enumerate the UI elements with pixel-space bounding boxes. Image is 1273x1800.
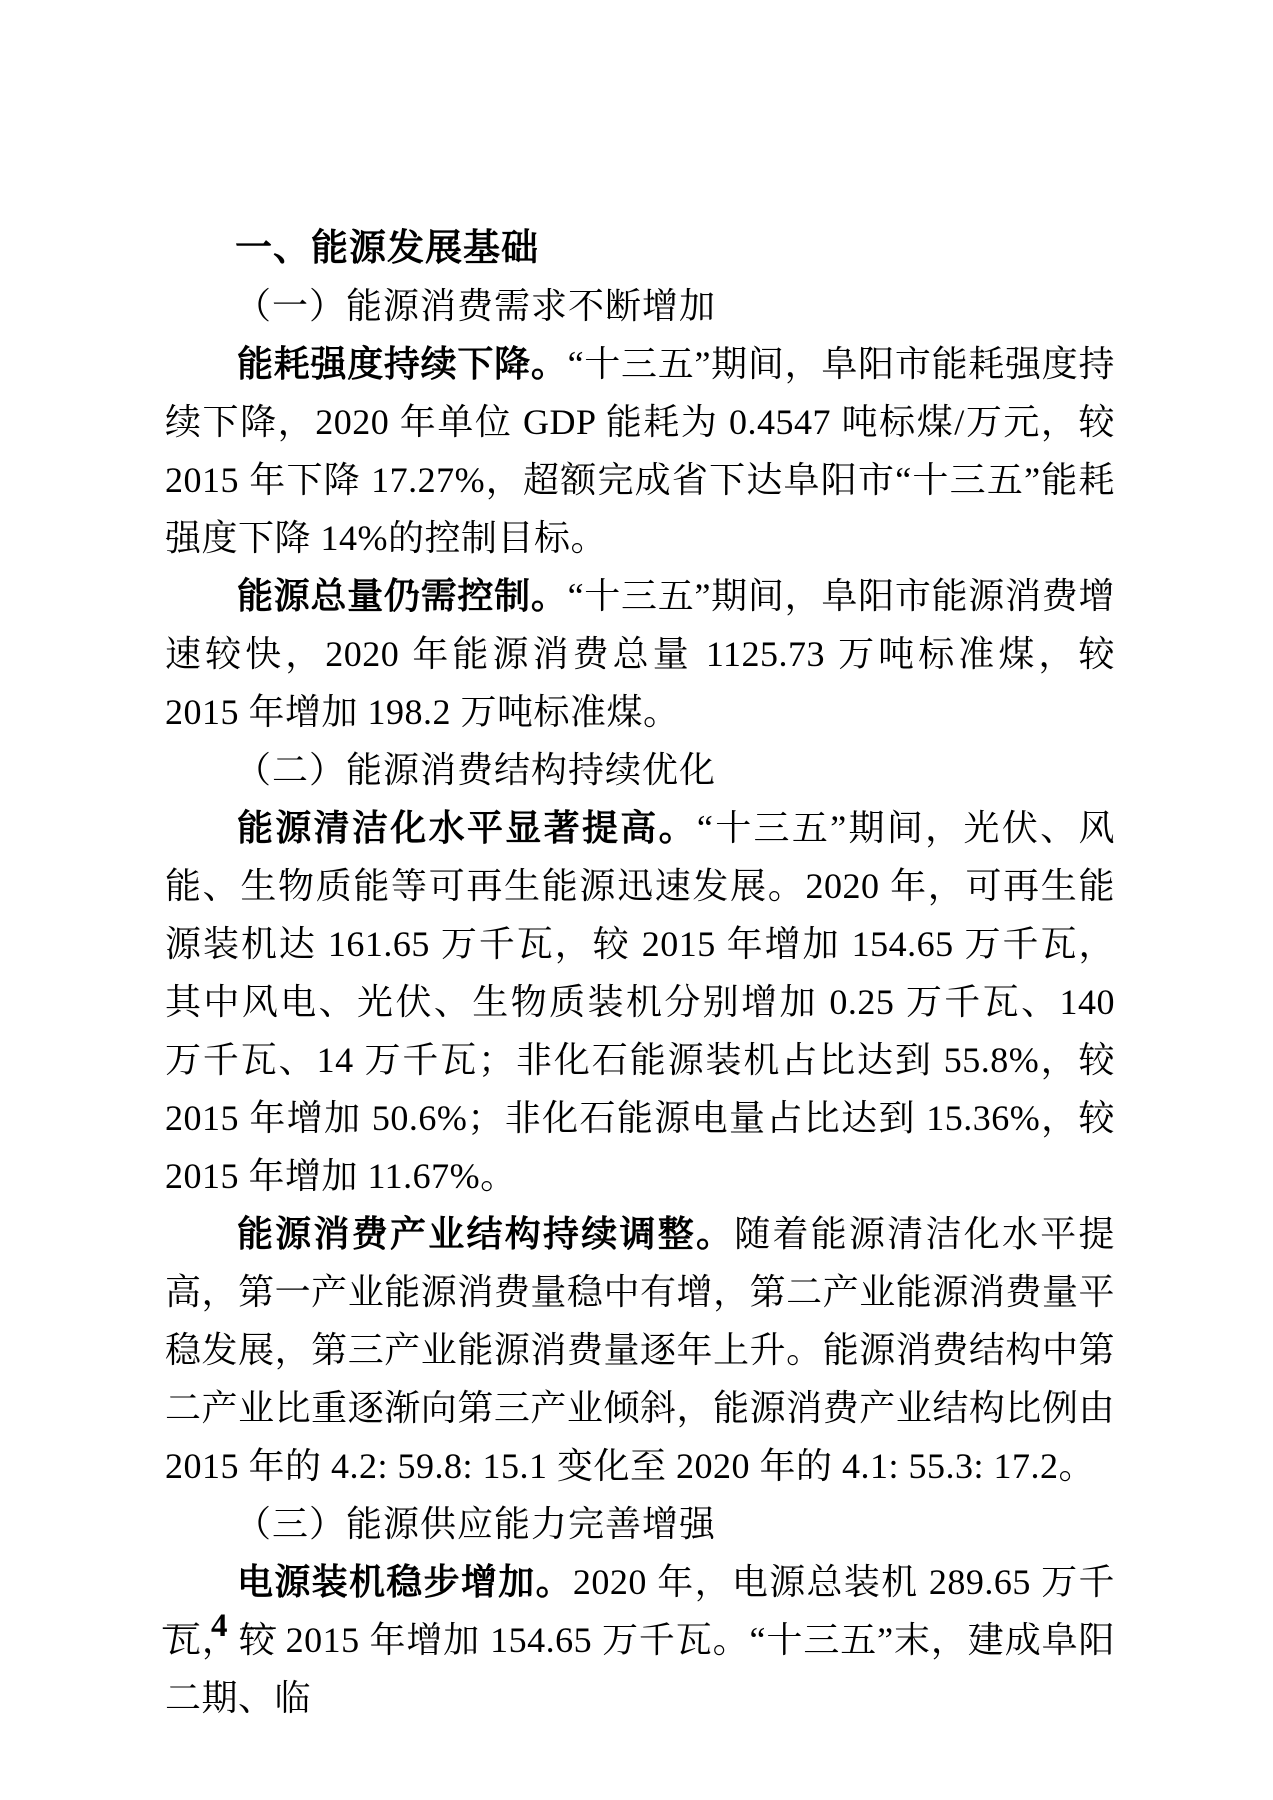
paragraph-total-energy-control: 能源总量仍需控制。“十三五”期间，阜阳市能源消费增速较快，2020 年能源消费总…	[165, 567, 1115, 741]
paragraph-lead-energy-intensity: 能耗强度持续下降。	[237, 344, 568, 384]
subsection-heading-2: （二）能源消费结构持续优化	[165, 741, 1115, 799]
page-number: 4	[211, 1604, 228, 1648]
subsection-heading-1: （一）能源消费需求不断增加	[165, 277, 1115, 335]
section-heading: 一、能源发展基础	[165, 219, 1115, 277]
paragraph-clean-energy: 能源清洁化水平显著提高。“十三五”期间，光伏、风能、生物质能等可再生能源迅速发展…	[165, 799, 1115, 1205]
page-footer: — 4 —	[163, 1604, 276, 1648]
paragraph-body-industry-structure: 随着能源清洁化水平提高，第一产业能源消费量稳中有增，第二产业能源消费量平稳发展，…	[165, 1214, 1115, 1486]
paragraph-body-clean-energy: “十三五”期间，光伏、风能、生物质能等可再生能源迅速发展。2020 年，可再生能…	[165, 808, 1115, 1196]
subsection-heading-3: （三）能源供应能力完善增强	[165, 1495, 1115, 1553]
paragraph-lead-industry-structure: 能源消费产业结构持续调整。	[237, 1214, 734, 1254]
paragraph-power-capacity: 电源装机稳步增加。2020 年，电源总装机 289.65 万千瓦，较 2015 …	[165, 1553, 1115, 1727]
paragraph-industry-structure: 能源消费产业结构持续调整。随着能源清洁化水平提高，第一产业能源消费量稳中有增，第…	[165, 1205, 1115, 1495]
paragraph-lead-clean-energy: 能源清洁化水平显著提高。	[237, 808, 697, 848]
footer-dash-left: —	[163, 1604, 196, 1648]
document-body: 一、能源发展基础 （一）能源消费需求不断增加 能耗强度持续下降。“十三五”期间，…	[165, 219, 1115, 1727]
footer-dash-right: —	[243, 1604, 276, 1648]
paragraph-energy-intensity: 能耗强度持续下降。“十三五”期间，阜阳市能耗强度持续下降，2020 年单位 GD…	[165, 335, 1115, 567]
document-page: 一、能源发展基础 （一）能源消费需求不断增加 能耗强度持续下降。“十三五”期间，…	[0, 0, 1273, 1800]
paragraph-lead-power-capacity: 电源装机稳步增加。	[237, 1562, 573, 1602]
paragraph-lead-total-energy-control: 能源总量仍需控制。	[237, 576, 568, 616]
